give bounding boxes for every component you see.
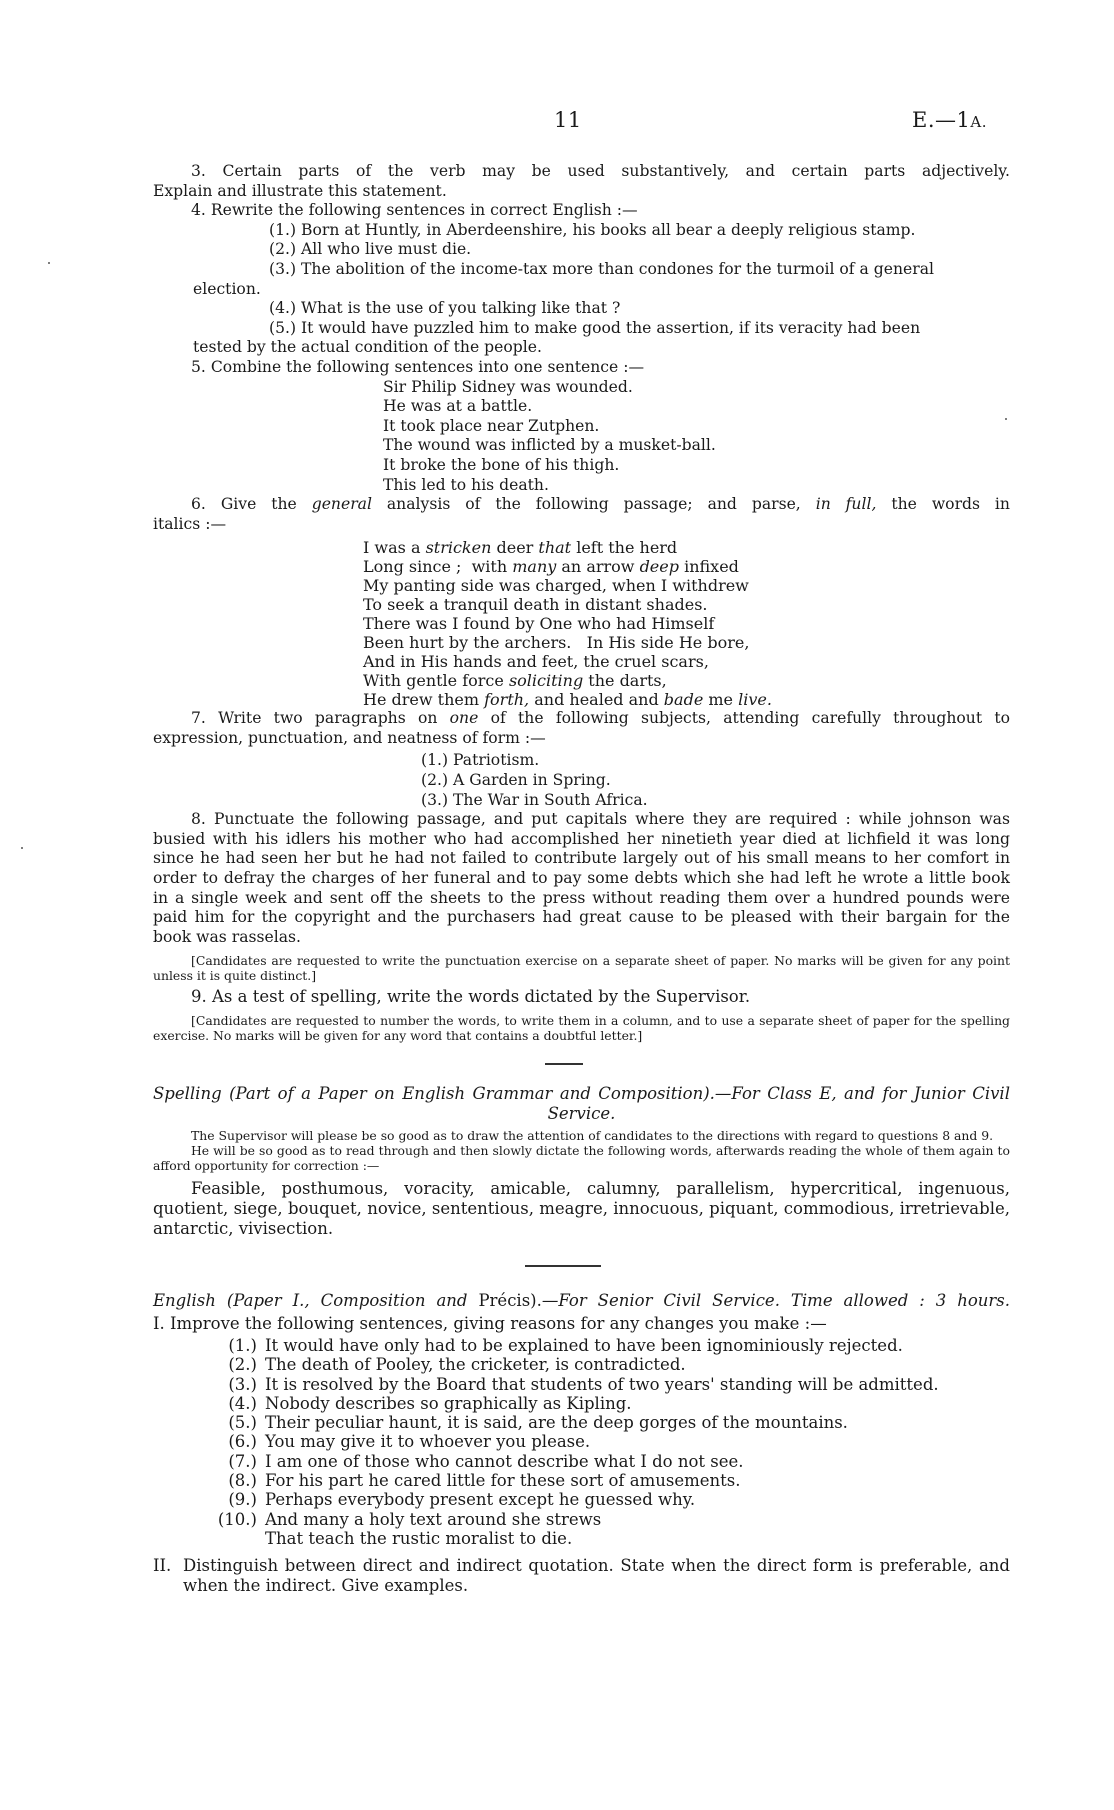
sentence-line: It broke the bone of his thigh.	[383, 456, 1010, 476]
english-section: English (Paper I., Composition and Préci…	[153, 1290, 1010, 1596]
item-text: Born at Huntly, in Aberdeenshire, his bo…	[301, 221, 915, 239]
text: To seek a tranquil death in distant shad…	[363, 595, 708, 614]
list-item: (6.)You may give it to whoever you pleas…	[203, 1432, 1010, 1451]
question-7-subjects: (1.) Patriotism.(2.) A Garden in Spring.…	[153, 751, 1010, 810]
scan-speck	[48, 262, 50, 264]
question-number: 4.	[191, 201, 206, 219]
supervisor-instruction-1: The Supervisor will please be so good as…	[153, 1128, 1010, 1143]
spacer	[203, 1529, 265, 1548]
italic-text: in full,	[816, 495, 877, 513]
item-text: Patriotism.	[453, 751, 539, 769]
question-number: 9.	[191, 987, 207, 1006]
item-number: (9.)	[203, 1490, 265, 1509]
question-6: 6. Give the general analysis of the foll…	[153, 495, 1010, 515]
text: Write two paragraphs on	[218, 709, 437, 727]
item-number: (2.)	[203, 1355, 265, 1374]
question-4: 4. Rewrite the following sentences in co…	[153, 201, 1010, 221]
section-divider	[525, 1265, 601, 1267]
text: of the following subjects, attending car…	[491, 709, 1010, 727]
item-text: It would have only had to be explained t…	[265, 1336, 1010, 1355]
item-number: (5.)	[269, 319, 301, 337]
item-text: What is the use of you talking like that…	[301, 299, 620, 317]
document-reference-suffix: A.	[970, 113, 987, 131]
text: and healed and	[529, 690, 664, 709]
questions-part-1: 3. Certain parts of the verb may be used…	[153, 162, 1010, 1043]
item-text: The death of Pooley, the cricketer, is c…	[265, 1355, 1010, 1374]
list-item: (5.)Their peculiar haunt, it is said, ar…	[203, 1413, 1010, 1432]
title-text: —For Senior Civil Service. Time allowed …	[542, 1291, 1010, 1310]
list-item-cont: election.	[153, 280, 1010, 300]
question-9: 9. As a test of spelling, write the word…	[153, 987, 1010, 1007]
item-number: (6.)	[203, 1432, 265, 1451]
list-item: (10.)And many a holy text around she str…	[203, 1510, 1010, 1529]
italic-text: stricken	[426, 538, 492, 557]
question-9-note: [Candidates are requested to number the …	[153, 1013, 1010, 1043]
sentence-line: It took place near Zutphen.	[383, 417, 1010, 437]
list-item: (8.)For his part he cared little for the…	[203, 1471, 1010, 1490]
item-text: For his part he cared little for these s…	[265, 1471, 1010, 1490]
item-text: It would have puzzled him to make good t…	[301, 319, 920, 337]
list-item: (5.) It would have puzzled him to make g…	[153, 319, 1010, 339]
item-number: (10.)	[203, 1510, 265, 1529]
item-text: And many a holy text around she strews	[265, 1510, 1010, 1529]
item-number: (1.)	[203, 1336, 265, 1355]
question-number: II.	[153, 1556, 183, 1596]
item-text: That teach the rustic moralist to die.	[265, 1529, 1010, 1548]
document-reference-main: E.—1	[912, 108, 970, 132]
instruction-text: He will be so good as to read through an…	[153, 1143, 1010, 1173]
scan-speck	[1005, 418, 1007, 420]
question-text: As a test of spelling, write the words d…	[212, 987, 750, 1006]
list-item: (4.)Nobody describes so graphically as K…	[203, 1394, 1010, 1413]
question-number: 5.	[191, 358, 206, 376]
poem-line: With gentle force soliciting the darts,	[363, 671, 1010, 690]
question-text: Improve the following sentences, giving …	[170, 1314, 827, 1333]
text: I was a	[363, 538, 426, 557]
poem-line: Long since ; with many an arrow deep inf…	[363, 557, 1010, 576]
list-item: (2.) All who live must die.	[153, 240, 1010, 260]
item-text: I am one of those who cannot describe wh…	[265, 1452, 1010, 1471]
document-reference: E.—1A.	[912, 108, 987, 132]
poem-line: I was a stricken deer that left the herd	[363, 538, 1010, 557]
question-number: 6.	[191, 495, 206, 513]
text: Long since ; with	[363, 557, 512, 576]
english-question-1: I. Improve the following sentences, givi…	[153, 1313, 1010, 1334]
list-item: (1.)It would have only had to be explain…	[203, 1336, 1010, 1355]
english-question-2: II. Distinguish between direct and indir…	[153, 1556, 1010, 1596]
question-number: I.	[153, 1314, 165, 1333]
question-8: 8. Punctuate the following passage, and …	[153, 810, 1010, 947]
list-item: (1.) Patriotism.	[421, 751, 1010, 771]
question-5: 5. Combine the following sentences into …	[153, 358, 1010, 378]
item-number: (4.)	[203, 1394, 265, 1413]
italic-text: soliciting	[509, 671, 583, 690]
item-number: (5.)	[203, 1413, 265, 1432]
text: left the herd	[571, 538, 677, 557]
list-item: (3.) The War in South Africa.	[421, 791, 1010, 811]
english-section-title: English (Paper I., Composition and Préci…	[153, 1290, 1010, 1311]
sentence-line: This led to his death.	[383, 476, 1010, 496]
question-3-cont: Explain and illustrate this statement.	[153, 182, 1010, 202]
spelling-words: Feasible, posthumous, voracity, amicable…	[153, 1179, 1010, 1239]
italic-text: one	[450, 709, 479, 727]
italic-text: bade	[664, 690, 704, 709]
sentence-line: He was at a battle.	[383, 397, 1010, 417]
poem-line: Been hurt by the archers. In His side He…	[363, 633, 1010, 652]
text: And in His hands and feet, the cruel sca…	[363, 652, 709, 671]
scan-speck	[21, 847, 23, 849]
list-item: (3.) The abolition of the income-tax mor…	[153, 260, 1010, 280]
text: an arrow	[556, 557, 639, 576]
english-question-1-items: (1.)It would have only had to be explain…	[153, 1336, 1010, 1548]
item-number: (2.)	[421, 771, 453, 789]
question-text: Punctuate the following passage, and put…	[153, 810, 1010, 946]
poem-line: There was I found by One who had Himself	[363, 614, 1010, 633]
text: Give the	[221, 495, 297, 513]
spelling-section-title: Spelling (Part of a Paper on English Gra…	[153, 1084, 1010, 1124]
text: the words in	[891, 495, 1010, 513]
item-text: Perhaps everybody present except he gues…	[265, 1490, 1010, 1509]
item-number: (8.)	[203, 1471, 265, 1490]
question-7-cont: expression, punctuation, and neatness of…	[153, 729, 1010, 749]
note-text: [Candidates are requested to write the p…	[153, 953, 1010, 983]
item-number: (1.)	[421, 751, 453, 769]
item-number: (3.)	[203, 1375, 265, 1394]
italic-text: that	[538, 538, 571, 557]
text: the darts,	[583, 671, 667, 690]
list-item: (7.)I am one of those who cannot describ…	[203, 1452, 1010, 1471]
instruction-text: The Supervisor will please be so good as…	[153, 1128, 993, 1143]
list-item: (3.)It is resolved by the Board that stu…	[203, 1375, 1010, 1394]
poem-line: And in His hands and feet, the cruel sca…	[363, 652, 1010, 671]
item-number: (2.)	[269, 240, 301, 258]
question-text: Rewrite the following sentences in corre…	[211, 201, 638, 219]
italic-text: forth,	[484, 690, 529, 709]
section-divider	[545, 1063, 583, 1065]
question-6-cont: italics :—	[153, 515, 1010, 535]
text: With gentle force	[363, 671, 509, 690]
question-text: Combine the following sentences into one…	[211, 358, 644, 376]
item-text: The War in South Africa.	[453, 791, 648, 809]
italic-text: many	[512, 557, 556, 576]
supervisor-instruction-2: He will be so good as to read through an…	[153, 1143, 1010, 1173]
item-number: (7.)	[203, 1452, 265, 1471]
item-number: (4.)	[269, 299, 301, 317]
question-text: Distinguish between direct and indirect …	[183, 1556, 1010, 1596]
list-item: (2.) A Garden in Spring.	[421, 771, 1010, 791]
item-number: (3.)	[269, 260, 301, 278]
text: Been hurt by the archers. In His side He…	[363, 633, 749, 652]
item-text: Nobody describes so graphically as Kipli…	[265, 1394, 1010, 1413]
text: deer	[491, 538, 538, 557]
text: My panting side was charged, when I with…	[363, 576, 749, 595]
poem-line: He drew them forth, and healed and bade …	[363, 690, 1010, 709]
question-number: 3.	[191, 162, 206, 180]
item-text: It is resolved by the Board that student…	[265, 1375, 1010, 1394]
text: analysis of the following passage; and p…	[387, 495, 801, 513]
italic-text: live.	[738, 690, 772, 709]
page-number: 11	[554, 108, 582, 132]
question-number: 7.	[191, 709, 206, 727]
text: There was I found by One who had Himself	[363, 614, 714, 633]
question-6-poem: I was a stricken deer that left the herd…	[153, 538, 1010, 709]
item-number: (1.)	[269, 221, 301, 239]
list-item: (4.) What is the use of you talking like…	[153, 299, 1010, 319]
list-item: (2.)The death of Pooley, the cricketer, …	[203, 1355, 1010, 1374]
question-number: 8.	[191, 810, 206, 828]
list-item: (1.) Born at Huntly, in Aberdeenshire, h…	[153, 221, 1010, 241]
text: me	[703, 690, 738, 709]
question-4-items: (1.) Born at Huntly, in Aberdeenshire, h…	[153, 221, 1010, 358]
note-text: [Candidates are requested to number the …	[153, 1013, 1010, 1043]
item-text: A Garden in Spring.	[453, 771, 611, 789]
spelling-section: The Supervisor will please be so good as…	[153, 1128, 1010, 1239]
italic-text: deep	[640, 557, 679, 576]
document-page: 11 E.—1A. 3. Certain parts of the verb m…	[0, 0, 1114, 1810]
poem-line: My panting side was charged, when I with…	[363, 576, 1010, 595]
item-text: The abolition of the income-tax more tha…	[301, 260, 934, 278]
list-item-cont: tested by the actual condition of the pe…	[153, 338, 1010, 358]
title-text: English (Paper I., Composition and	[153, 1291, 467, 1310]
question-3: 3. Certain parts of the verb may be used…	[153, 162, 1010, 182]
item-text: All who live must die.	[301, 240, 471, 258]
question-text: Certain parts of the verb may be used su…	[223, 162, 1010, 180]
sentence-line: Sir Philip Sidney was wounded.	[383, 378, 1010, 398]
text: infixed	[679, 557, 739, 576]
title-text: Précis).	[478, 1291, 541, 1310]
item-text: You may give it to whoever you please.	[265, 1432, 1010, 1451]
italic-text: general	[312, 495, 372, 513]
poem-line: To seek a tranquil death in distant shad…	[363, 595, 1010, 614]
item-text: Their peculiar haunt, it is said, are th…	[265, 1413, 1010, 1432]
item-number: (3.)	[421, 791, 453, 809]
question-8-note: [Candidates are requested to write the p…	[153, 953, 1010, 983]
question-7: 7. Write two paragraphs on one of the fo…	[153, 709, 1010, 729]
list-item-cont: That teach the rustic moralist to die.	[203, 1529, 1010, 1548]
list-item: (9.)Perhaps everybody present except he …	[203, 1490, 1010, 1509]
question-5-sentences: Sir Philip Sidney was wounded.He was at …	[153, 378, 1010, 496]
text: He drew them	[363, 690, 484, 709]
sentence-line: The wound was inflicted by a musket-ball…	[383, 436, 1010, 456]
